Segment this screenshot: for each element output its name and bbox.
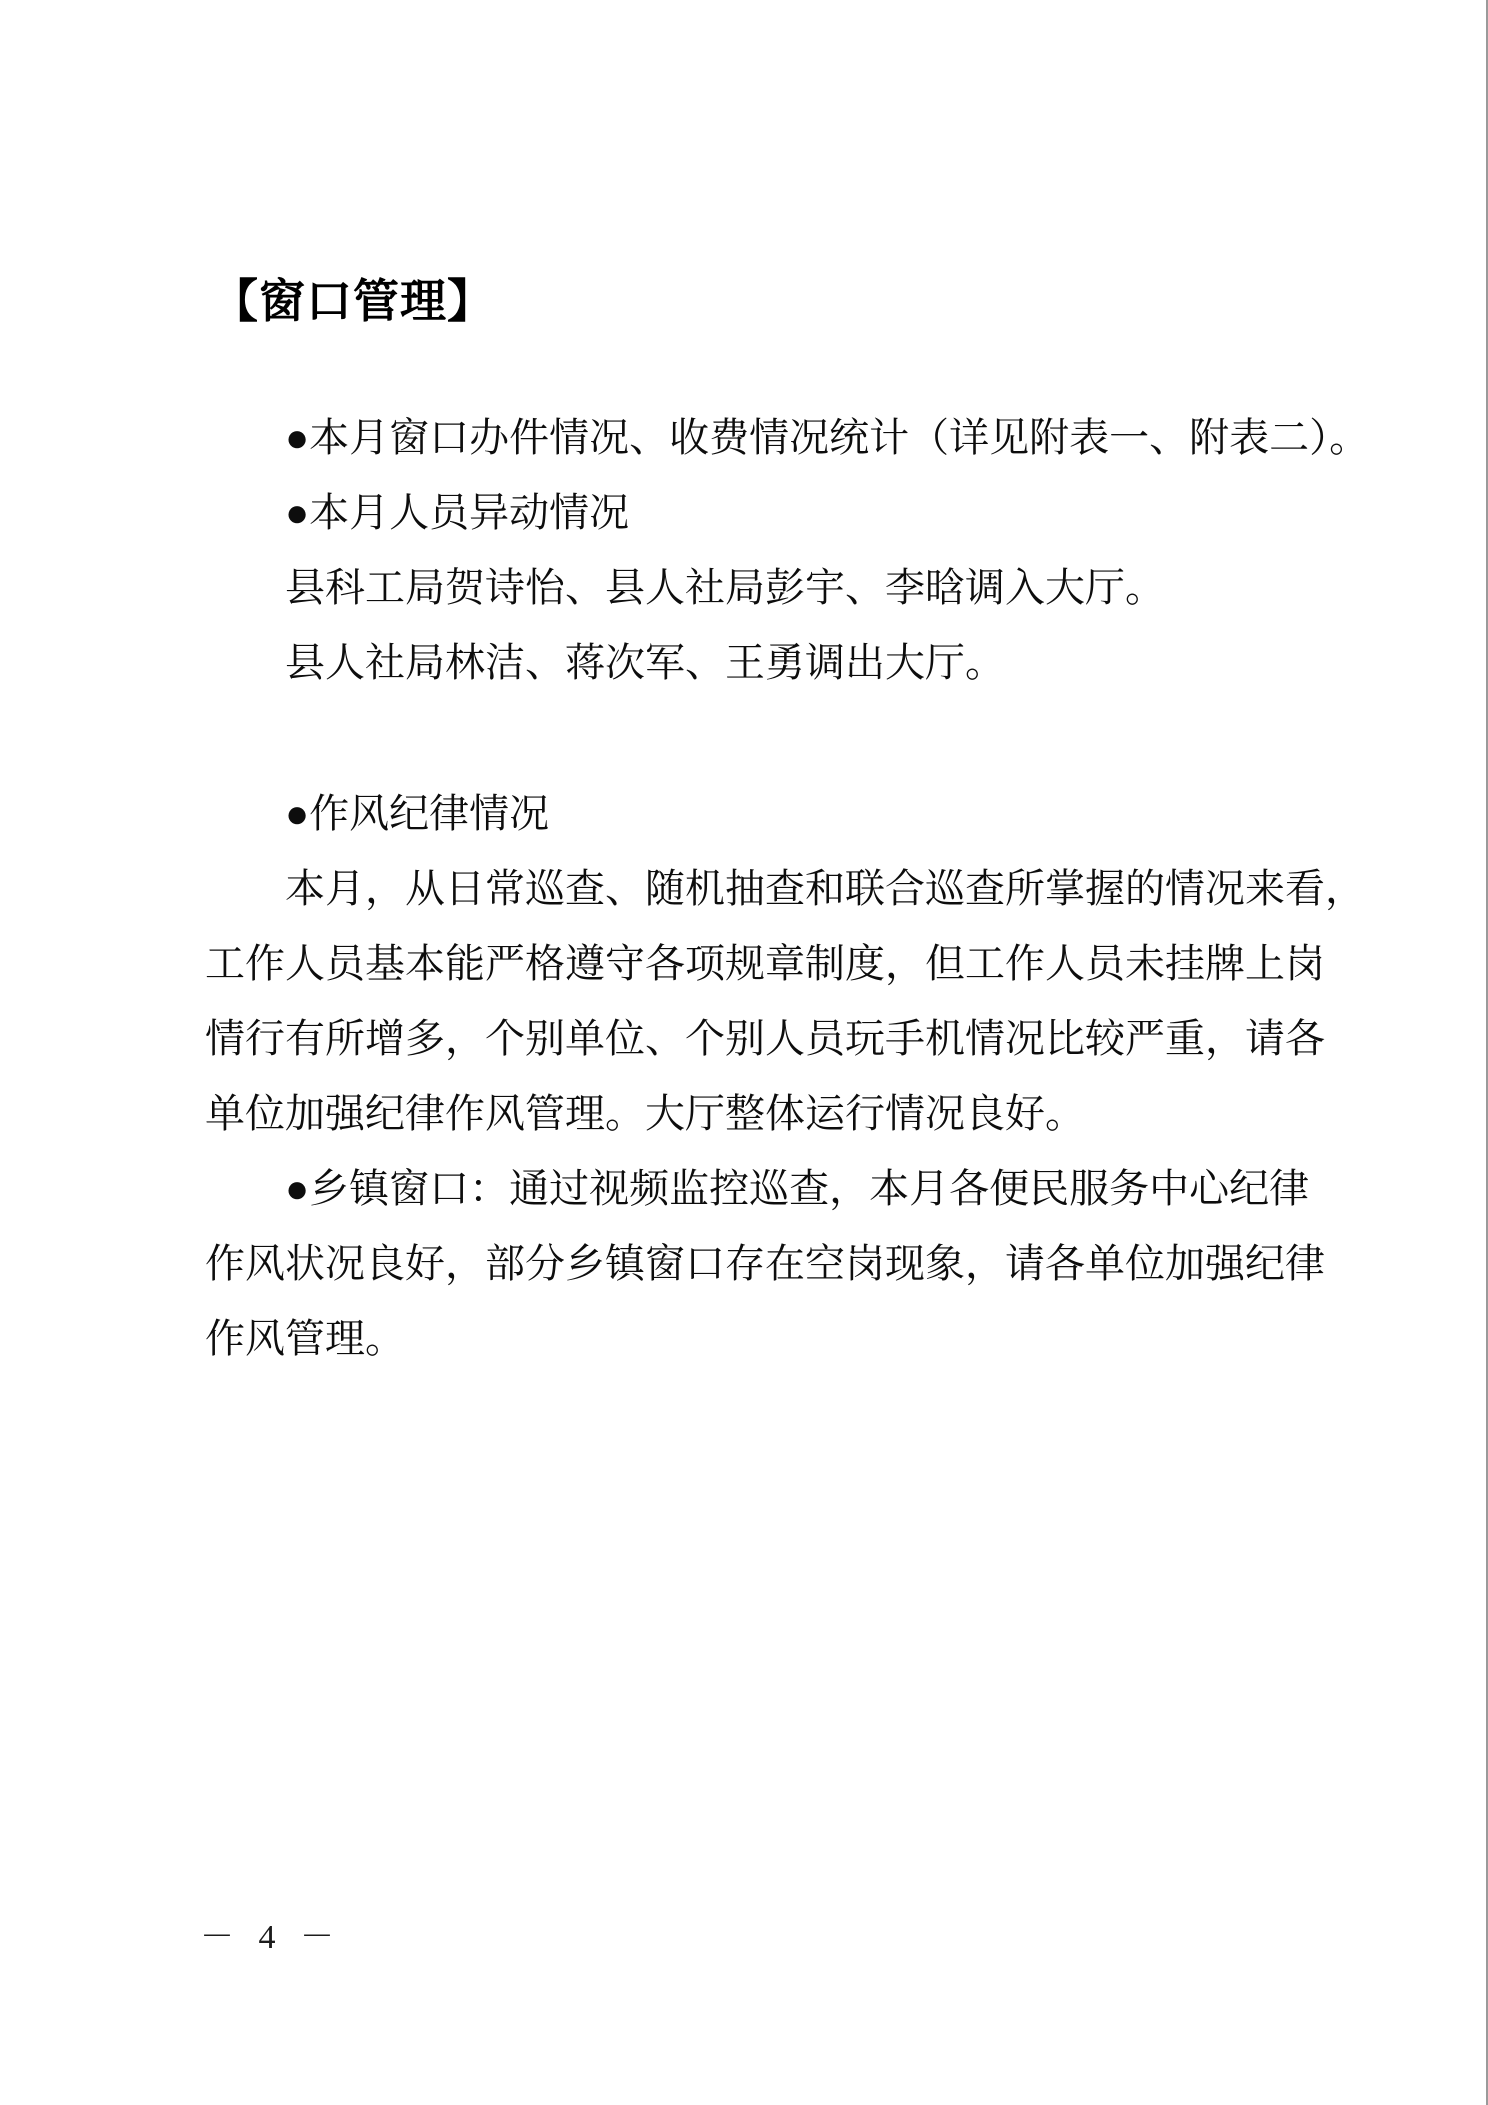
text-line-transfer-out: 县人社局林洁、蒋次军、王勇调出大厅。 (205, 625, 1405, 700)
text-line-discipline-4: 单位加强纪律作风管理。大厅整体运行情况良好。 (205, 1076, 1405, 1151)
bullet-line-window-stats: ●本月窗口办件情况、收费情况统计（详见附表一、附表二）。 (205, 400, 1405, 475)
document-body: ●本月窗口办件情况、收费情况统计（详见附表一、附表二）。 ●本月人员异动情况 县… (205, 400, 1405, 1376)
text-line-discipline-2: 工作人员基本能严格遵守各项规章制度，但工作人员未挂牌上岗 (205, 926, 1405, 1001)
text-line-discipline-1: 本月，从日常巡查、随机抽查和联合巡查所掌握的情况来看， (205, 851, 1405, 926)
text-line-transfer-in: 县科工局贺诗怡、县人社局彭宇、李晗调入大厅。 (205, 550, 1405, 625)
text-line-discipline-3: 情行有所增多，个别单位、个别人员玩手机情况比较严重，请各 (205, 1001, 1405, 1076)
bullet-line-personnel-changes: ●本月人员异动情况 (205, 475, 1405, 550)
text-line-township-2: 作风状况良好，部分乡镇窗口存在空岗现象，请各单位加强纪律 (205, 1226, 1405, 1301)
bullet-line-township-windows: ●乡镇窗口：通过视频监控巡查，本月各便民服务中心纪律 (205, 1151, 1405, 1226)
bullet-line-discipline: ●作风纪律情况 (205, 776, 1405, 851)
document-page: 【窗口管理】 ●本月窗口办件情况、收费情况统计（详见附表一、附表二）。 ●本月人… (0, 0, 1488, 2105)
section-gap (205, 700, 1405, 776)
section-title: 【窗口管理】 (212, 274, 494, 328)
page-number: － 4 － (200, 1918, 342, 1958)
text-line-township-3: 作风管理。 (205, 1301, 1405, 1376)
